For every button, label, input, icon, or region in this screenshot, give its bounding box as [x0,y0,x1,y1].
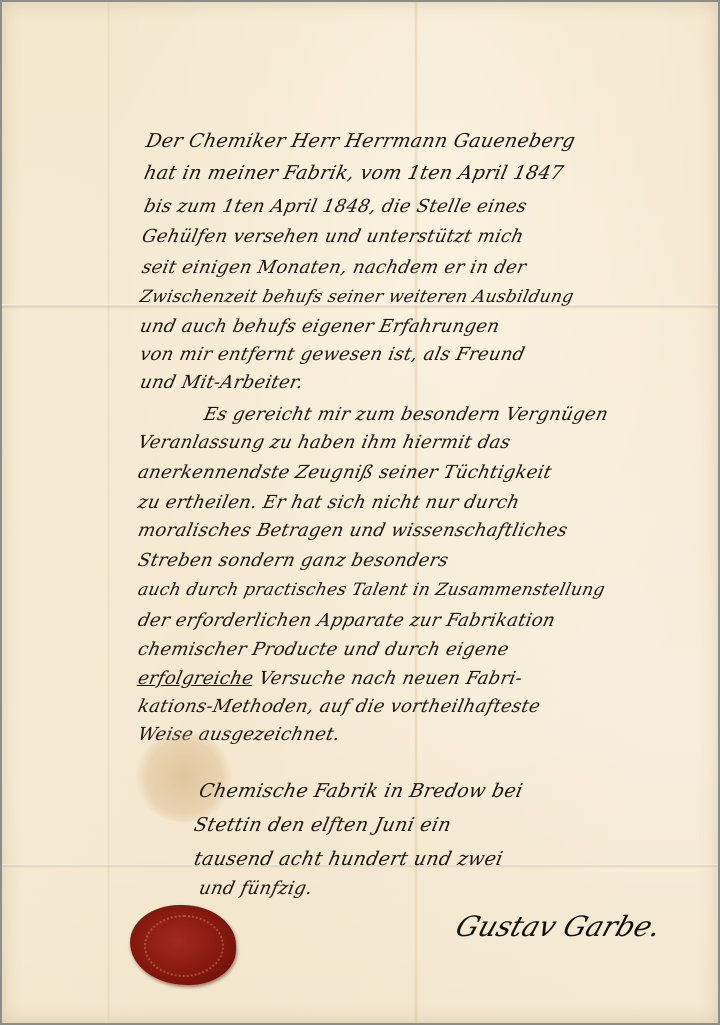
signature: Gustav Garbe. [452,910,666,943]
fold-crease [107,2,110,1023]
text-line: Streben sondern ganz besonders [136,550,450,571]
text-line: bis zum 1ten April 1848, die Stelle eine… [142,196,529,217]
text-line: Gehülfen versehen und unterstützt mich [140,226,526,247]
underlined-word: erfolgreiche [136,668,255,689]
text-line: Der Chemiker Herr Herrmann Gaueneberg [144,130,577,152]
text-line: chemischer Producte und durch eigene [136,639,511,660]
water-stain [134,732,234,822]
text-line: und auch behufs eigener Erfahrungen [138,316,502,337]
text-line: hat in meiner Fabrik, vom 1ten April 184… [142,162,566,184]
closing-line: Stettin den elften Juni ein [192,814,453,836]
text-line: Zwischenzeit behufs seiner weiteren Ausb… [138,287,576,307]
seal-ring [144,915,224,977]
text-line: Veranlassung zu haben ihm hiermit das [136,432,513,453]
text-line-rest: Versuche nach neuen Fabri- [257,668,524,689]
text-line: der erforderlichen Apparate zur Fabrikat… [136,610,557,631]
text-line: seit einigen Monaten, nachdem er in der [140,257,528,278]
text-line: zu ertheilen. Er hat sich nicht nur durc… [136,492,522,513]
text-line: und Mit-Arbeiter. [138,372,305,393]
text-line: anerkennendste Zeugniß seiner Tüchtigkei… [136,462,554,483]
text-line: Es gereicht mir zum besondern Vergnügen [202,404,610,425]
document-page: Der Chemiker Herr Herrmann Gaueneberg ha… [2,2,718,1023]
closing-line: tausend acht hundert und zwei [192,848,505,870]
wax-seal [130,905,236,985]
text-line: auch durch practisches Talent in Zusamme… [136,580,607,600]
text-line: moralisches Betragen und wissenschaftlic… [136,520,570,541]
closing-line: Chemische Fabrik in Bredow bei [197,780,525,802]
text-line: erfolgreiche Versuche nach neuen Fabri- [136,668,524,689]
closing-line: und fünfzig. [197,878,314,899]
text-line: kations-Methoden, auf die vortheilhaftes… [136,696,542,717]
text-line: von mir entfernt gewesen ist, als Freund [138,344,527,365]
